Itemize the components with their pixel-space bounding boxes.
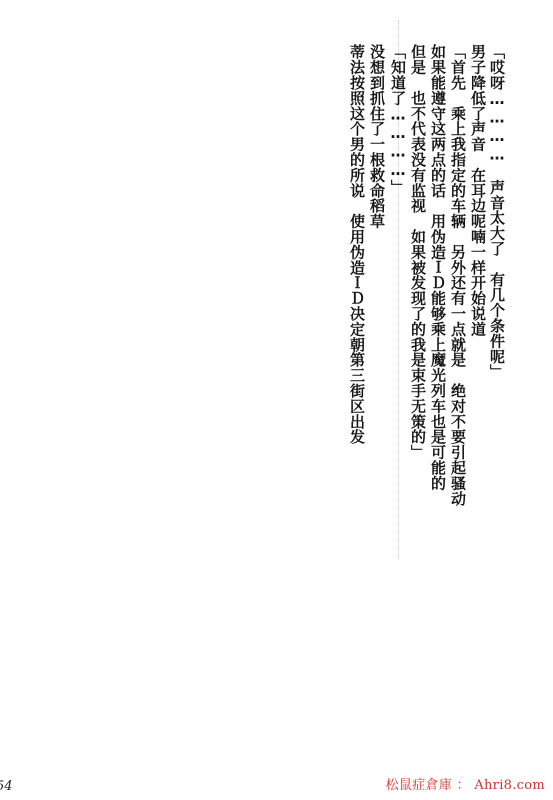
page-number: 54 bbox=[0, 779, 13, 794]
text-column-2: 男子降低了声音 在耳边呢喃一样开始说道 bbox=[469, 44, 487, 337]
book-page: 「哎呀………… 声音太大了 有几个条件呢」 男子降低了声音 在耳边呢喃一样开始说… bbox=[0, 0, 553, 800]
text-column-3: 「首先 乘上我指定的车辆 另外还有一点就是 绝对不要引起骚动 bbox=[449, 44, 467, 506]
text-column-6: 「知道了…………」 bbox=[389, 44, 407, 195]
text-column-5: 但是 也不代表没有监视 如果被发现了的我是束手无策的」 bbox=[409, 44, 427, 460]
watermark-link: 松鼠症倉庫 ： Ahri8.com bbox=[386, 774, 545, 793]
text-column-7: 没想到抓住了一根救命稻草 bbox=[368, 44, 386, 229]
text-column-1: 「哎呀………… 声音太大了 有几个条件呢」 bbox=[488, 44, 506, 379]
text-column-8: 蒂法按照这个男的所说 使用伪造ＩＤ决定朝第三街区出发 bbox=[348, 44, 366, 444]
text-column-4: 如果能遵守这两点的话 用伪造ＩＤ能够乘上魔光列车也是可能的 bbox=[429, 44, 447, 491]
